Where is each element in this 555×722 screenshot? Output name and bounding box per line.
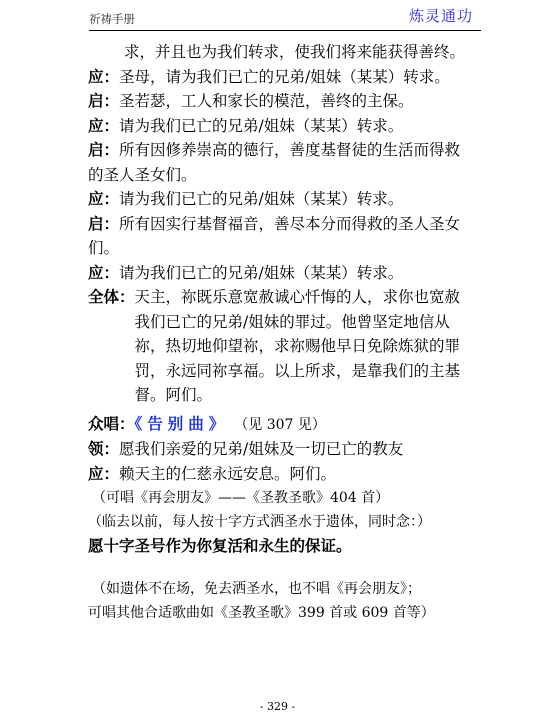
response-line: 应：请为我们已亡的兄弟/姐妹（某某）转求。 xyxy=(88,187,483,212)
petition-line: 启：所有因实行基督福音，善尽本分而得救的圣人圣女 xyxy=(88,212,483,237)
speaker-label: 应： xyxy=(88,190,119,208)
song-reference: （见 307 见） xyxy=(241,417,326,433)
page-number: - 329 - xyxy=(0,700,555,713)
response-line: 应：请为我们已亡的兄弟/姐妹（某某）转求。 xyxy=(88,114,483,139)
song-line: 众唱：《告别曲》（见 307 见） xyxy=(88,412,483,438)
blessing-text: 愿十字圣号作为你复活和永生的保证。 xyxy=(88,534,483,559)
all-prayer: 全体： 天主，祢既乐意宽赦诚心忏悔的人，求你也宽赦 我们已亡的兄弟/姐妹的罪过。… xyxy=(88,285,483,408)
line-text: 圣若瑟，工人和家长的模范，善终的主保。 xyxy=(119,92,414,110)
prayer-text: 天主，祢既乐意宽赦诚心忏悔的人，求你也宽赦 我们已亡的兄弟/姐妹的罪过。他曾坚定… xyxy=(135,285,475,408)
prayer-line: 督。阿们。 xyxy=(135,383,475,408)
speaker-label: 应： xyxy=(88,68,119,86)
petition-continuation: 们。 xyxy=(88,236,483,261)
speaker-label: 启： xyxy=(88,141,119,159)
section-title: 炼灵通功 xyxy=(409,5,473,26)
speaker-label: 众唱： xyxy=(88,415,135,433)
line-text: 所有因修养崇高的德行，善度基督徒的生活而得救 xyxy=(119,141,460,159)
petition-line: 启：所有因修养崇高的德行，善度基督徒的生活而得救 xyxy=(88,138,483,163)
prayer-line: 天主，祢既乐意宽赦诚心忏悔的人，求你也宽赦 xyxy=(135,285,475,310)
petition-continuation: 的圣人圣女们。 xyxy=(88,163,483,188)
line-text: 请为我们已亡的兄弟/姐妹（某某）转求。 xyxy=(119,264,403,282)
book-title: 祈祷手册 xyxy=(89,11,135,27)
prayer-line: 罚，永远同祢享福。以上所求，是靠我们的主基 xyxy=(135,359,475,384)
line-text: 赖天主的仁慈永远安息。阿们。 xyxy=(119,465,336,483)
song-title: 《告别曲》 xyxy=(135,415,230,433)
rubric-note: （临去以前，每人按十字方式洒圣水于遗体，同时念：） xyxy=(88,510,483,534)
petition-line: 启：圣若瑟，工人和家长的模范，善终的主保。 xyxy=(88,89,483,114)
rubric-note: （可唱《再会朋友》——《圣教圣歌》404 首） xyxy=(88,486,483,510)
speaker-label: 启： xyxy=(88,215,119,233)
response-line: 应：赖天主的仁慈永远安息。阿们。 xyxy=(88,462,483,487)
rubric-note: 可唱其他合适歌曲如《圣教圣歌》399 首或 609 首等） xyxy=(88,601,483,625)
speaker-label: 启： xyxy=(88,92,119,110)
line-text: 愿我们亲爱的兄弟/姐妹及一切已亡的教友 xyxy=(119,440,403,458)
response-line: 应：圣母，请为我们已亡的兄弟/姐妹（某某）转求。 xyxy=(88,65,483,90)
rubric-note: （如遗体不在场，免去洒圣水，也不唱《再会朋友》； xyxy=(88,577,483,601)
line-text: 所有因实行基督福音，善尽本分而得救的圣人圣女 xyxy=(119,215,460,233)
response-line: 应：请为我们已亡的兄弟/姐妹（某某）转求。 xyxy=(88,261,483,286)
text-line: 求，并且也为我们转求，使我们将来能获得善终。 xyxy=(88,40,483,65)
speaker-label: 全体： xyxy=(88,285,135,408)
speaker-label: 应： xyxy=(88,264,119,282)
line-text: 请为我们已亡的兄弟/姐妹（某某）转求。 xyxy=(119,190,403,208)
line-text: 圣母，请为我们已亡的兄弟/姐妹（某某）转求。 xyxy=(119,68,450,86)
speaker-label: 应： xyxy=(88,117,119,135)
speaker-label: 领： xyxy=(88,440,119,458)
page-body: 求，并且也为我们转求，使我们将来能获得善终。 应：圣母，请为我们已亡的兄弟/姐妹… xyxy=(88,40,483,625)
speaker-label: 应： xyxy=(88,465,119,483)
leader-line: 领：愿我们亲爱的兄弟/姐妹及一切已亡的教友 xyxy=(88,437,483,462)
prayer-line: 我们已亡的兄弟/姐妹的罪过。他曾坚定地信从 xyxy=(135,310,475,335)
line-text: 请为我们已亡的兄弟/姐妹（某某）转求。 xyxy=(119,117,403,135)
prayer-line: 祢，热切地仰望祢，求祢赐他早日免除炼狱的罪 xyxy=(135,334,475,359)
page-header: 祈祷手册 炼灵通功 xyxy=(89,6,481,31)
